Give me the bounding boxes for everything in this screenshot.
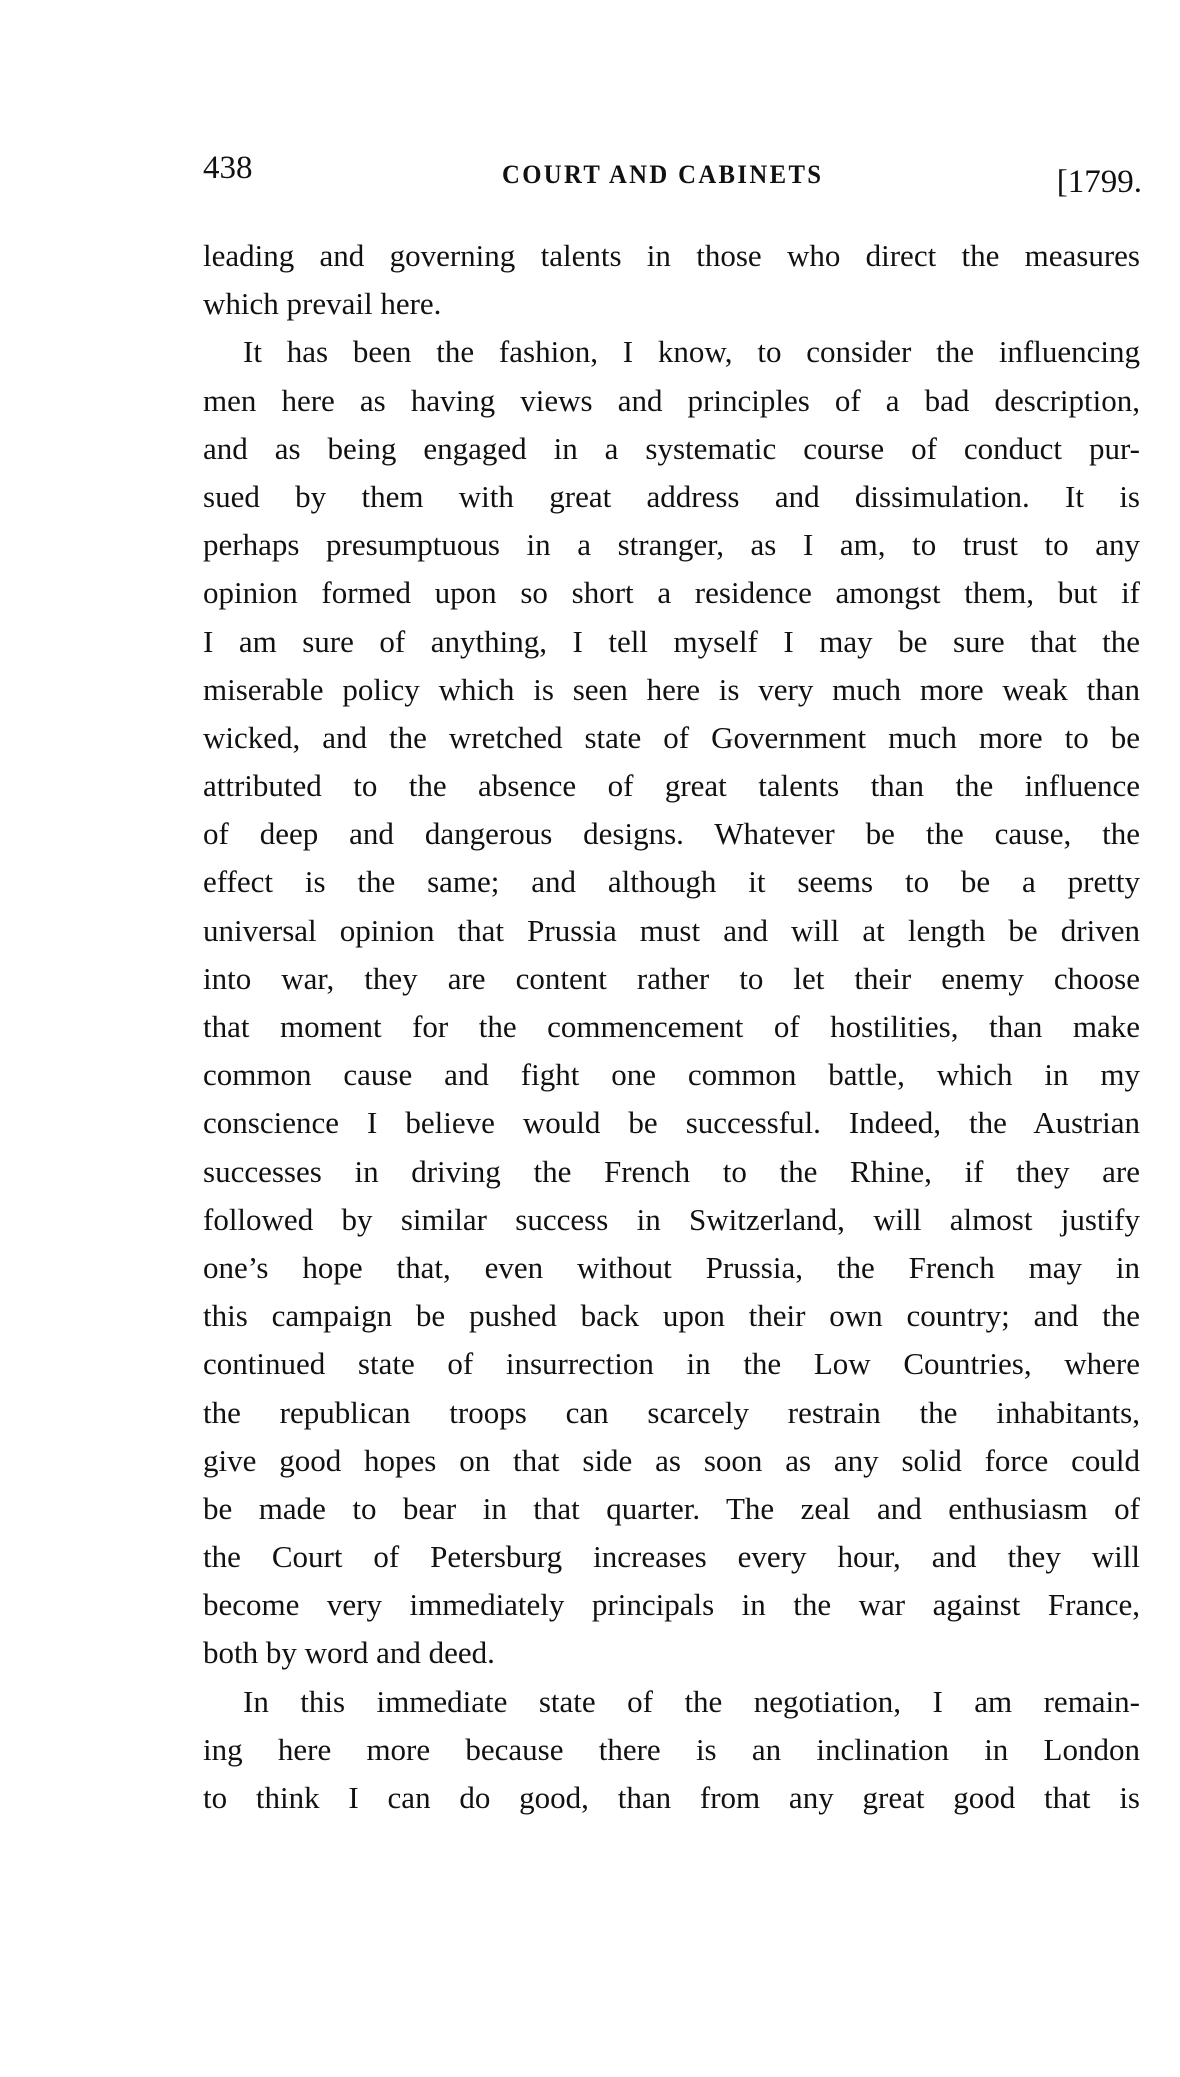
text-line: give good hopes on that side as soon as … — [203, 1437, 1140, 1485]
text-line: universal opinion that Prussia must and … — [203, 907, 1140, 955]
text-line: both by word and deed. — [203, 1629, 1140, 1677]
text-line: leading and governing talents in those w… — [203, 232, 1140, 280]
text-line: become very immediately principals in th… — [203, 1581, 1140, 1629]
text-line: to think I can do good, than from any gr… — [203, 1774, 1140, 1822]
text-line: sued by them with great address and diss… — [203, 473, 1140, 521]
text-line: of deep and dangerous designs. Whatever … — [203, 810, 1140, 858]
page-number: 438 — [203, 148, 253, 188]
book-page: 438 COURT AND CABINETS [1799. leading an… — [0, 0, 1180, 2077]
text-line: successes in driving the French to the R… — [203, 1148, 1140, 1196]
text-line: attributed to the absence of great talen… — [203, 762, 1140, 810]
text-line: wicked, and the wretched state of Govern… — [203, 714, 1140, 762]
text-line: ing here more because there is an inclin… — [203, 1726, 1140, 1774]
text-line: I am sure of anything, I tell myself I m… — [203, 618, 1140, 666]
text-line: perhaps presumptuous in a stranger, as I… — [203, 521, 1140, 569]
text-line: the republican troops can scarcely restr… — [203, 1389, 1140, 1437]
text-line: men here as having views and principles … — [203, 377, 1140, 425]
text-line: common cause and fight one common battle… — [203, 1051, 1140, 1099]
running-head: 438 COURT AND CABINETS [1799. — [203, 148, 1140, 198]
paragraph-first-line: In this immediate state of the negotiati… — [203, 1678, 1140, 1726]
text-line: which prevail here. — [203, 280, 1140, 328]
text-line: followed by similar success in Switzerla… — [203, 1196, 1140, 1244]
text-line: and as being engaged in a systematic cou… — [203, 425, 1140, 473]
body-text: leading and governing talents in those w… — [203, 232, 1140, 1822]
text-line: opinion formed upon so short a residence… — [203, 569, 1140, 617]
text-line: the Court of Petersburg increases every … — [203, 1533, 1140, 1581]
paragraph-first-line: It has been the fashion, I know, to cons… — [203, 328, 1140, 376]
text-line: effect is the same; and although it seem… — [203, 858, 1140, 906]
text-line: be made to bear in that quarter. The zea… — [203, 1485, 1140, 1533]
text-line: this campaign be pushed back upon their … — [203, 1292, 1140, 1340]
text-line: one’s hope that, even without Prussia, t… — [203, 1244, 1140, 1292]
text-line: into war, they are content rather to let… — [203, 955, 1140, 1003]
running-year: [1799. — [1057, 162, 1142, 202]
running-title: COURT AND CABINETS — [502, 158, 823, 192]
text-line: that moment for the commencement of host… — [203, 1003, 1140, 1051]
text-line: miserable policy which is seen here is v… — [203, 666, 1140, 714]
text-line: continued state of insurrection in the L… — [203, 1340, 1140, 1388]
text-line: conscience I believe would be successful… — [203, 1099, 1140, 1147]
